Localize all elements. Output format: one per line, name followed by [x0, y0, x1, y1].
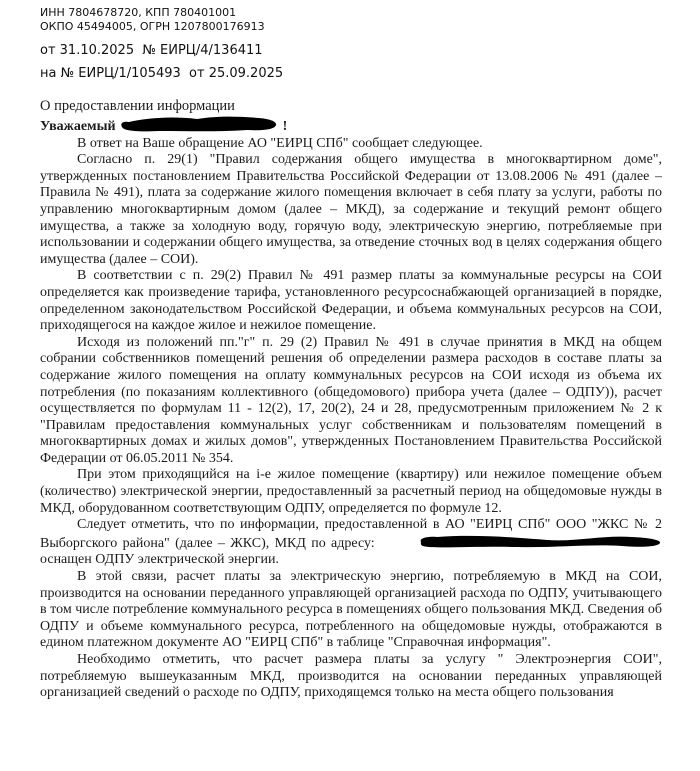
redacted-address: [380, 534, 662, 550]
body-paragraph-closing: Необходимо отметить, что расчет размера …: [40, 652, 662, 702]
body-paragraph-formulas: Исходя из положений пп."г" п. 29 (2) Пра…: [40, 335, 662, 468]
reference-numbers: от 31.10.2025 № ЕИРЦ/4/136411 на № ЕИРЦ/…: [40, 42, 662, 82]
subject-line: О предоставлении информации: [40, 97, 662, 115]
body-paragraph-formula-12: При этом приходящийся на i-е жилое помещ…: [40, 467, 662, 517]
salutation-prefix: Уважаемый: [40, 119, 119, 134]
body-paragraph-intro: В ответ на Ваше обращение АО "ЕИРЦ СПб" …: [40, 136, 662, 153]
address-text-after: оснащен ОДПУ электрической энергии.: [40, 552, 279, 567]
document-page: ИНН 7804678720, КПП 780401001 ОКПО 45494…: [0, 0, 700, 771]
letter-header: ИНН 7804678720, КПП 780401001 ОКПО 45494…: [40, 6, 662, 115]
incoming-ref-line: на № ЕИРЦ/1/105493 от 25.09.2025: [40, 65, 662, 82]
letter-body: Уважаемый ! В ответ на Ваше обращение АО…: [40, 115, 662, 702]
inn-kpp-line: ИНН 7804678720, КПП 780401001: [40, 6, 662, 20]
okpo-ogrn-line: ОКПО 45494005, ОГРН 1207800176913: [40, 20, 662, 34]
body-paragraph-calc-basis: В этой связи, расчет платы за электричес…: [40, 569, 662, 652]
outgoing-ref-line: от 31.10.2025 № ЕИРЦ/4/136411: [40, 42, 662, 59]
company-requisites: ИНН 7804678720, КПП 780401001 ОКПО 45494…: [40, 6, 662, 33]
salutation-line: Уважаемый !: [40, 115, 662, 136]
salutation-suffix: !: [283, 119, 288, 134]
body-paragraph-address: Следует отметить, что по информации, пре…: [40, 517, 662, 569]
body-paragraph-rules-491: Согласно п. 29(1) "Правил содержания общ…: [40, 152, 662, 268]
redacted-recipient-name: [119, 115, 279, 133]
body-paragraph-p29-2: В соответствии с п. 29(2) Правил № 491 р…: [40, 268, 662, 334]
